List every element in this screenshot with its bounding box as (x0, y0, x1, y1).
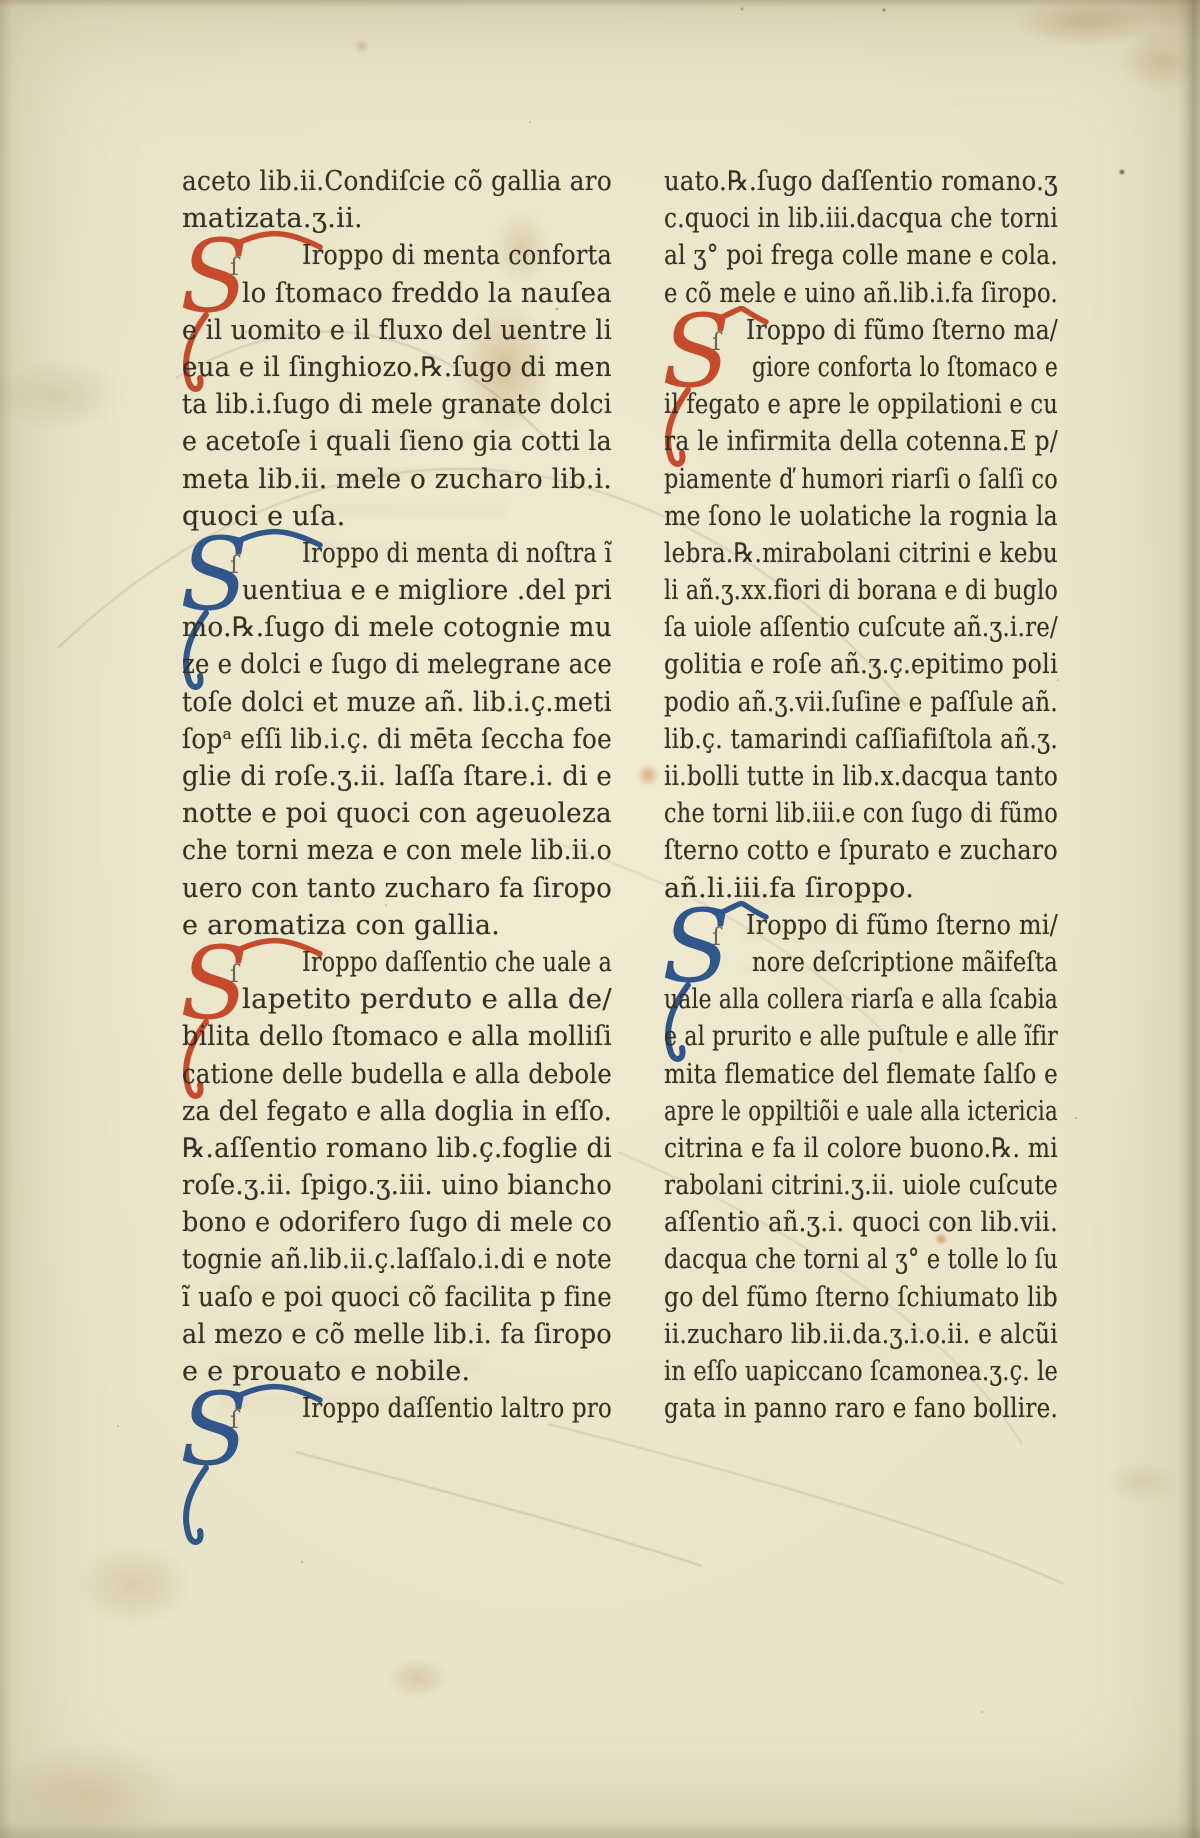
text-line-row: bono e odorifero ſugo di mele co (182, 1204, 612, 1241)
text-line-row: che torni lib.iii.e con ſugo di fũmo (664, 795, 1058, 832)
text-line: notte e poi quoci con ageuoleza (182, 795, 612, 832)
text-line-row: al ʒ° poi frega colle mane e cola. (664, 237, 1058, 274)
paragraph: SſIroppo di menta confortalo ſtomaco fre… (182, 237, 612, 535)
text-line: giore conforta lo ſtomaco e (752, 349, 1058, 386)
text-line-row: meta lib.ii. mele o zucharo lib.i. (182, 461, 612, 498)
book-page: aceto lib.ii.Condiſcie cõ gallia aromati… (0, 0, 1200, 1838)
text-line: che torni meza e con mele lib.ii.o (182, 832, 612, 869)
text-line: Iroppo daſſentio laltro pro (302, 1390, 612, 1427)
text-line: go del fũmo ſterno ſchiumato lib (664, 1279, 1058, 1316)
text-line: mo.℞.ſugo di mele cotognie mu (182, 609, 612, 646)
text-line: uentiua e e migliore .del pri (242, 572, 612, 609)
text-line: uato.℞.ſugo daſſentio romano.ʒ (664, 163, 1058, 200)
page-edge-top (0, 0, 1200, 7)
text-line: mita flematice del flemate ſalſo e (664, 1056, 1058, 1093)
text-line-row: piamente ď humori riarſi o ſalſi co (664, 461, 1058, 498)
text-line-row: apre le oppiltiõi e uale alla ictericia (664, 1093, 1058, 1130)
text-line-row: matizata.ʒ.ii. (182, 200, 612, 237)
text-line-row: Iroppo di fũmo ſterno mi/ (664, 907, 1058, 944)
text-line: lo ſtomaco freddo la nauſea (242, 275, 612, 312)
text-line: e cõ mele e uino añ.lib.i.fa ſiropo. (664, 275, 1058, 312)
text-line-row: aſſentio añ.ʒ.i. quoci con lib.vii. (664, 1204, 1058, 1241)
paragraph: SſIroppo di fũmo ſterno ma/giore confort… (664, 312, 1058, 907)
text-line-row: ſa uiole aſſentio cuſcute añ.ʒ.i.re/ (664, 609, 1058, 646)
text-line-row: il fegato e apre le oppilationi e cu (664, 386, 1058, 423)
text-line: glie di roſe.ʒ.ii. laſſa ſtare.i. di e (182, 758, 612, 795)
page-edge-right (1178, 0, 1200, 1838)
text-line-row: al mezo e cõ melle lib.i. fa ſiropo (182, 1316, 612, 1353)
text-line: ſterno cotto e ſpurato e zucharo (664, 832, 1058, 869)
text-line-row: uato.℞.ſugo daſſentio romano.ʒ (664, 163, 1058, 200)
text-line-row: lapetito perduto e alla de/ (182, 981, 612, 1018)
text-line: eua e il ſinghiozo.℞.ſugo di men (182, 349, 612, 386)
text-line: e acetoſe i quali ſieno gia cotti la (182, 423, 612, 460)
text-line: ta lib.i.ſugo di mele granate dolci (182, 386, 612, 423)
text-line: il fegato e apre le oppilationi e cu (664, 386, 1058, 423)
text-line: meta lib.ii. mele o zucharo lib.i. (182, 461, 612, 498)
text-line-row: ſopᵃ eſſi lib.i.ç. di mēta ſeccha foe (182, 721, 612, 758)
text-line-row: lebra.℞.mirabolani citrini e kebu (664, 535, 1058, 572)
text-line: za del fegato e alla doglia in eſſo. (182, 1093, 612, 1130)
text-line: catione delle budella e alla debole (182, 1056, 612, 1093)
text-line: tognie añ.lib.ii.ç.laſſalo.i.di e note (182, 1241, 612, 1278)
text-line-row: Iroppo di fũmo ſterno ma/ (664, 312, 1058, 349)
text-line-row: ſterno cotto e ſpurato e zucharo (664, 832, 1058, 869)
text-line: li añ.ʒ.xx.fiori di borana e di buglo (664, 572, 1058, 609)
text-line: roſe.ʒ.ii. ſpigo.ʒ.iii. uino biancho (182, 1167, 612, 1204)
text-line: citrina e fa il colore buono.℞. mi (664, 1130, 1058, 1167)
text-line-row: giore conforta lo ſtomaco e (664, 349, 1058, 386)
text-line: ii.zucharo lib.ii.da.ʒ.i.o.ii. e alcũi (664, 1316, 1058, 1353)
text-line: Iroppo di menta conforta (302, 237, 612, 274)
paragraph: SſIroppo daſſentio che uale alapetito pe… (182, 944, 612, 1390)
paragraph: uato.℞.ſugo daſſentio romano.ʒc.quoci in… (664, 163, 1058, 312)
text-line-row: me ſono le uolatiche la rognia la (664, 498, 1058, 535)
text-line-row: añ.li.iii.fa ſiroppo. (664, 870, 1058, 907)
text-line-row: roſe.ʒ.ii. ſpigo.ʒ.iii. uino biancho (182, 1167, 612, 1204)
text-line: añ.li.iii.fa ſiroppo. (664, 870, 914, 907)
text-line-row: ze e dolci e ſugo di melegrane ace (182, 646, 612, 683)
text-line-row: catione delle budella e alla debole (182, 1056, 612, 1093)
text-line-row: che torni meza e con mele lib.ii.o (182, 832, 612, 869)
text-line: aſſentio añ.ʒ.i. quoci con lib.vii. (664, 1204, 1058, 1241)
text-line: lib.ç. tamarindi caſſiafiſtola añ.ʒ. (664, 721, 1058, 758)
text-line: podio añ.ʒ.vii.ſuſine e paſſule añ. (664, 684, 1058, 721)
text-line: Iroppo di menta di noſtra ĩ (302, 535, 612, 572)
text-line-row: ra le infirmita della cotenna.E p/ (664, 423, 1058, 460)
text-line-row: e al prurito e alle puſtule e alle ĩfir (664, 1018, 1058, 1055)
text-line-row: citrina e fa il colore buono.℞. mi (664, 1130, 1058, 1167)
text-line: ra le infirmita della cotenna.E p/ (664, 423, 1058, 460)
text-line-row: glie di roſe.ʒ.ii. laſſa ſtare.i. di e (182, 758, 612, 795)
text-line: Iroppo daſſentio che uale a (302, 944, 612, 981)
text-line-row: ta lib.i.ſugo di mele granate dolci (182, 386, 612, 423)
text-line: ℞.aſſentio romano lib.ç.foglie di (182, 1130, 612, 1167)
paragraph: SſIroppo daſſentio laltro pro (182, 1390, 612, 1427)
paragraph: SſIroppo di fũmo ſterno mi/nore deſcript… (664, 907, 1058, 1428)
text-line-row: za del fegato e alla doglia in eſſo. (182, 1093, 612, 1130)
text-line-row: rabolani citrini.ʒ.ii. uiole cuſcute (664, 1167, 1058, 1204)
text-line: ĩ uaſo e poi quoci cõ facilita p fine (182, 1279, 612, 1316)
text-line: al ʒ° poi frega colle mane e cola. (664, 237, 1058, 274)
text-line: c.quoci in lib.iii.dacqua che torni (664, 200, 1058, 237)
text-line: e al prurito e alle puſtule e alle ĩfir (664, 1018, 1058, 1055)
text-line: bilita dello ſtomaco e alla molliſi (182, 1018, 612, 1055)
text-line-row: uentiua e e migliore .del pri (182, 572, 612, 609)
text-line: ze e dolci e ſugo di melegrane ace (182, 646, 612, 683)
text-line-row: mita flematice del flemate ſalſo e (664, 1056, 1058, 1093)
text-line: rabolani citrini.ʒ.ii. uiole cuſcute (664, 1167, 1058, 1204)
text-line-row: ii.bolli tutte in lib.x.dacqua tanto (664, 758, 1058, 795)
text-line: piamente ď humori riarſi o ſalſi co (664, 461, 1058, 498)
text-line: matizata.ʒ.ii. (182, 200, 363, 237)
text-line-row: quoci e uſa. (182, 498, 612, 535)
text-line-row: e cõ mele e uino añ.lib.i.fa ſiropo. (664, 275, 1058, 312)
text-column-right: uato.℞.ſugo daſſentio romano.ʒc.quoci in… (664, 163, 1058, 1427)
text-line-row: ĩ uaſo e poi quoci cõ facilita p fine (182, 1279, 612, 1316)
page-edge-bottom (0, 1822, 1200, 1838)
text-line-row: gata in panno raro e fano bollire. (664, 1390, 1058, 1427)
text-line: ii.bolli tutte in lib.x.dacqua tanto (664, 758, 1058, 795)
text-line: ſopᵃ eſſi lib.i.ç. di mēta ſeccha foe (182, 721, 612, 758)
text-line-row: podio añ.ʒ.vii.ſuſine e paſſule añ. (664, 684, 1058, 721)
paragraph: SſIroppo di menta di noſtra ĩuentiua e e… (182, 535, 612, 944)
text-line: ſa uiole aſſentio cuſcute añ.ʒ.i.re/ (664, 609, 1058, 646)
text-line-row: c.quoci in lib.iii.dacqua che torni (664, 200, 1058, 237)
text-line: in eſſo uapiccano ſcamonea.ʒ.ç. le (664, 1353, 1058, 1390)
text-line: apre le oppiltiõi e uale alla ictericia (664, 1093, 1058, 1130)
text-line-row: e il uomito e il fluxo del uentre li (182, 312, 612, 349)
text-line: bono e odorifero ſugo di mele co (182, 1204, 612, 1241)
text-line: dacqua che torni al ʒ° e tolle lo ſu (664, 1241, 1058, 1278)
page-edge-left (0, 0, 12, 1838)
text-line: e e prouato e nobile. (182, 1353, 470, 1390)
text-line-row: nore deſcriptione mãifeſta (664, 944, 1058, 981)
text-line: gata in panno raro e fano bollire. (664, 1390, 1058, 1427)
paragraph: aceto lib.ii.Condiſcie cõ gallia aromati… (182, 163, 612, 237)
text-line-row: golitia e roſe añ.ʒ.ç.epitimo poli (664, 646, 1058, 683)
text-line-row: Iroppo di menta di noſtra ĩ (182, 535, 612, 572)
text-line-row: lo ſtomaco freddo la nauſea (182, 275, 612, 312)
text-line-row: lib.ç. tamarindi caſſiafiſtola añ.ʒ. (664, 721, 1058, 758)
text-line: Iroppo di fũmo ſterno mi/ (746, 907, 1058, 944)
text-line: uale alla collera riarſa e alla ſcabia (664, 981, 1058, 1018)
text-line-row: tognie añ.lib.ii.ç.laſſalo.i.di e note (182, 1241, 612, 1278)
text-line: toſe dolci et muze añ. lib.i.ç.meti (182, 684, 612, 721)
text-line: e aromatiza con gallia. (182, 907, 500, 944)
text-line-row: e aromatiza con gallia. (182, 907, 612, 944)
text-line-row: bilita dello ſtomaco e alla molliſi (182, 1018, 612, 1055)
text-line-row: uale alla collera riarſa e alla ſcabia (664, 981, 1058, 1018)
text-line: al mezo e cõ melle lib.i. fa ſiropo (182, 1316, 612, 1353)
text-line-row: e acetoſe i quali ſieno gia cotti la (182, 423, 612, 460)
text-line: lapetito perduto e alla de/ (242, 981, 612, 1018)
text-line-row: ℞.aſſentio romano lib.ç.foglie di (182, 1130, 612, 1167)
text-line: Iroppo di fũmo ſterno ma/ (746, 312, 1058, 349)
text-line-row: mo.℞.ſugo di mele cotognie mu (182, 609, 612, 646)
text-line: e il uomito e il fluxo del uentre li (182, 312, 612, 349)
text-line: che torni lib.iii.e con ſugo di fũmo (664, 795, 1058, 832)
text-line-row: Iroppo daſſentio che uale a (182, 944, 612, 981)
text-line-row: li añ.ʒ.xx.fiori di borana e di buglo (664, 572, 1058, 609)
text-line-row: eua e il ſinghiozo.℞.ſugo di men (182, 349, 612, 386)
text-line-row: aceto lib.ii.Condiſcie cõ gallia aro (182, 163, 612, 200)
text-line: aceto lib.ii.Condiſcie cõ gallia aro (182, 163, 612, 200)
text-line-row: Iroppo daſſentio laltro pro (182, 1390, 612, 1427)
text-line: lebra.℞.mirabolani citrini e kebu (664, 535, 1058, 572)
text-line: uero con tanto zucharo fa ſiropo (182, 870, 612, 907)
text-line: golitia e roſe añ.ʒ.ç.epitimo poli (664, 646, 1058, 683)
text-line-row: Iroppo di menta conforta (182, 237, 612, 274)
text-line: me ſono le uolatiche la rognia la (664, 498, 1058, 535)
text-line: quoci e uſa. (182, 498, 346, 535)
text-line-row: in eſſo uapiccano ſcamonea.ʒ.ç. le (664, 1353, 1058, 1390)
text-column-left: aceto lib.ii.Condiſcie cõ gallia aromati… (182, 163, 612, 1427)
text-line-row: ii.zucharo lib.ii.da.ʒ.i.o.ii. e alcũi (664, 1316, 1058, 1353)
text-line-row: notte e poi quoci con ageuoleza (182, 795, 612, 832)
text-line-row: dacqua che torni al ʒ° e tolle lo ſu (664, 1241, 1058, 1278)
text-line-row: uero con tanto zucharo fa ſiropo (182, 870, 612, 907)
text-line-row: go del fũmo ſterno ſchiumato lib (664, 1279, 1058, 1316)
text-line-row: toſe dolci et muze añ. lib.i.ç.meti (182, 684, 612, 721)
text-line-row: e e prouato e nobile. (182, 1353, 612, 1390)
text-line: nore deſcriptione mãifeſta (752, 944, 1058, 981)
